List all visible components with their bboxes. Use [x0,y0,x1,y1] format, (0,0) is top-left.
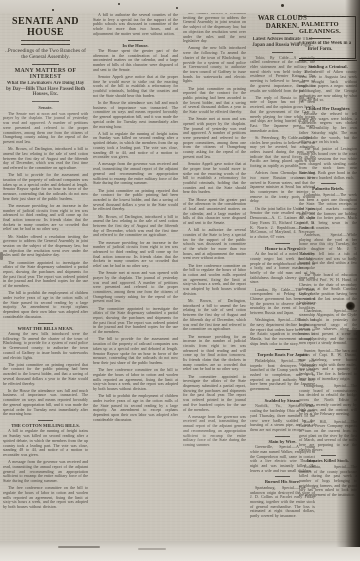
section-crosshead: THE COTTON MILLING BILLS. [3,423,88,428]
article-paragraph: The free conference committee on the bil… [93,368,178,392]
ink-blot [344,300,357,312]
article-deck: ..Proceedings of the Two Branches of the… [5,48,86,61]
article-divider [275,476,290,477]
article-paragraph: Among the new bills introduced were the … [183,46,246,84]
article-divider [38,323,53,324]
newspaper-page: SENATE AND HOUSE..Proceedings of the Two… [0,0,360,561]
article-subhead: MANY MATTERS OF INTEREST [3,68,88,80]
article-headline: SENATE AND HOUSE [3,16,88,38]
newspaper-column-5: PALMETTO GLEANINGS.Many Events of the We… [299,15,357,542]
article-paragraph: The measure providing for an increase in… [3,204,88,232]
article-paragraph: The Senate met at noon and was opened wi… [183,117,246,159]
article-paragraph: In the House the attendance was full and… [3,389,88,417]
article-paragraph: Charleston, Special.—The steamship Algon… [299,309,357,347]
paper-speck [118,3,120,5]
section-crosshead: Choked Her Daughter. [299,106,357,111]
section-crosshead: In the House. [93,43,178,48]
edge-smudge [58,546,100,548]
article-subdeck: What the Lawmakers Are Doing Day by Day—… [4,81,87,98]
article-paragraph: The committee appointed to investigate t… [183,375,246,413]
article-divider [321,183,336,184]
article-paragraph: The sheriff of Aiken county went over to… [299,70,357,103]
article-paragraph: A message from the governor was received… [183,415,246,448]
article-paragraph: Anderson, Special.—While playing about t… [299,233,357,271]
article-paragraph: The free conference committee on the bil… [183,264,246,297]
article-paragraph: The committee appointed to investigate t… [93,307,178,335]
paper-speck [176,7,178,9]
article-paragraph: Columbia, Special.—The week has been a q… [299,193,357,231]
article-paragraph: Rock Hill, Special.—The Catawba Power Co… [299,420,357,453]
article-paragraph: The bill to provide for the assessment a… [93,337,178,365]
article-paragraph: The committee appointed to investigate t… [3,261,88,289]
article-paragraph: The joint committee on printing reported… [183,87,246,115]
article-divider [128,40,143,41]
box-deck: Many Events of the Week in a Brief Form. [299,41,353,53]
headline-rule [32,64,59,65]
article-paragraph: The joint committee on printing reported… [3,363,88,387]
edge-smudge [0,252,3,260]
article-paragraph: A message from the governor was received… [93,162,178,186]
section-crosshead: WHAT THE BILLS MEAN. [3,326,88,331]
article-paragraph: A bill to authorize the several counties… [93,13,178,37]
headline-rule [272,52,293,53]
article-paragraph: The measure providing for an increase in… [93,241,178,269]
article-paragraph: The House spent the greater part of the … [93,49,178,73]
paper-speck [52,9,54,11]
section-crosshead: Inmates Killed Stock. [299,458,357,463]
section-crosshead: Senate. [3,105,88,110]
article-paragraph: Mr. Brown, of Darlington, introduced a b… [183,299,246,332]
bottom-page-edge [0,541,360,561]
article-divider [275,349,290,350]
article-paragraph: Orangeburg, Special.—The county board of… [299,384,357,417]
article-paragraph: Sumter, Special.—The barn and stables of… [299,349,357,382]
article-divider [38,420,53,421]
article-paragraph: Among the new bills introduced were the … [3,332,88,360]
headline-rule [272,33,293,34]
article-paragraph: Because she refused to tell where her wa… [299,112,357,145]
article-paragraph: The House spent the greater part of the … [183,198,246,226]
headline-double-rule [21,40,70,45]
article-paragraph: Senator Appelt gave notice that at the p… [93,75,178,99]
article-paragraph: Mr. Sinkler offered a resolution invitin… [183,11,246,44]
article-paragraph: The free conference committee on the bil… [3,486,88,510]
article-paragraph: The bill to prohibit the employment of c… [93,394,178,422]
article-paragraph: A bill to authorize the several counties… [183,228,246,261]
newspaper-column-2: A bill to authorize the several counties… [93,13,178,542]
article-divider [275,243,290,244]
article-divider [275,436,290,437]
article-paragraph: Mr. Brown, of Darlington, introduced a b… [3,147,88,171]
article-paragraph: The bill to prohibit the employment of c… [3,291,88,319]
article-divider [321,455,336,456]
article-paragraph: A bill to regulate the running of freigh… [3,429,88,457]
headline-rule [32,101,59,102]
paper-speck [281,4,284,7]
edge-smudge [138,548,166,550]
article-paragraph: A message from the governor was received… [3,460,88,484]
article-paragraph: In the House the attendance was full and… [93,101,178,129]
newspaper-column-3: Mr. Sinkler offered a resolution invitin… [183,11,246,542]
article-paragraph: The bill to provide for the assessment a… [3,173,88,201]
newspaper-column-1: SENATE AND HOUSE..Proceedings of the Two… [3,15,88,542]
article-paragraph: The Senate met at noon and was opened wi… [93,271,178,304]
section-crosshead: Palmetto Briefs. [299,186,357,191]
article-paragraph: Mr. Brown, of Darlington, introduced a b… [93,215,178,239]
article-divider [275,395,290,396]
article-paragraph: The trial justice of Lexington county ha… [299,147,357,180]
top-page-margin [0,0,360,13]
box-title: PALMETTO GLEANINGS. [299,21,353,35]
article-paragraph: The joint committee on printing reported… [93,189,178,213]
article-paragraph: The Senate met at noon and was opened wi… [3,112,88,145]
article-paragraph: The measure providing for an increase in… [183,335,246,373]
section-crosshead: Stealing a Criminal. [299,64,357,69]
article-paragraph: Mr. Sinkler offered a resolution invitin… [3,235,88,259]
article-paragraph: Senator Appelt gave notice that at the p… [183,162,246,195]
box-rule [309,38,331,39]
article-paragraph: Columbia, Special.—The inmates of the co… [299,465,357,498]
article-paragraph: A bill to regulate the running of freigh… [93,132,178,160]
palmetto-gleanings-box: PALMETTO GLEANINGS.Many Events of the We… [299,16,356,59]
